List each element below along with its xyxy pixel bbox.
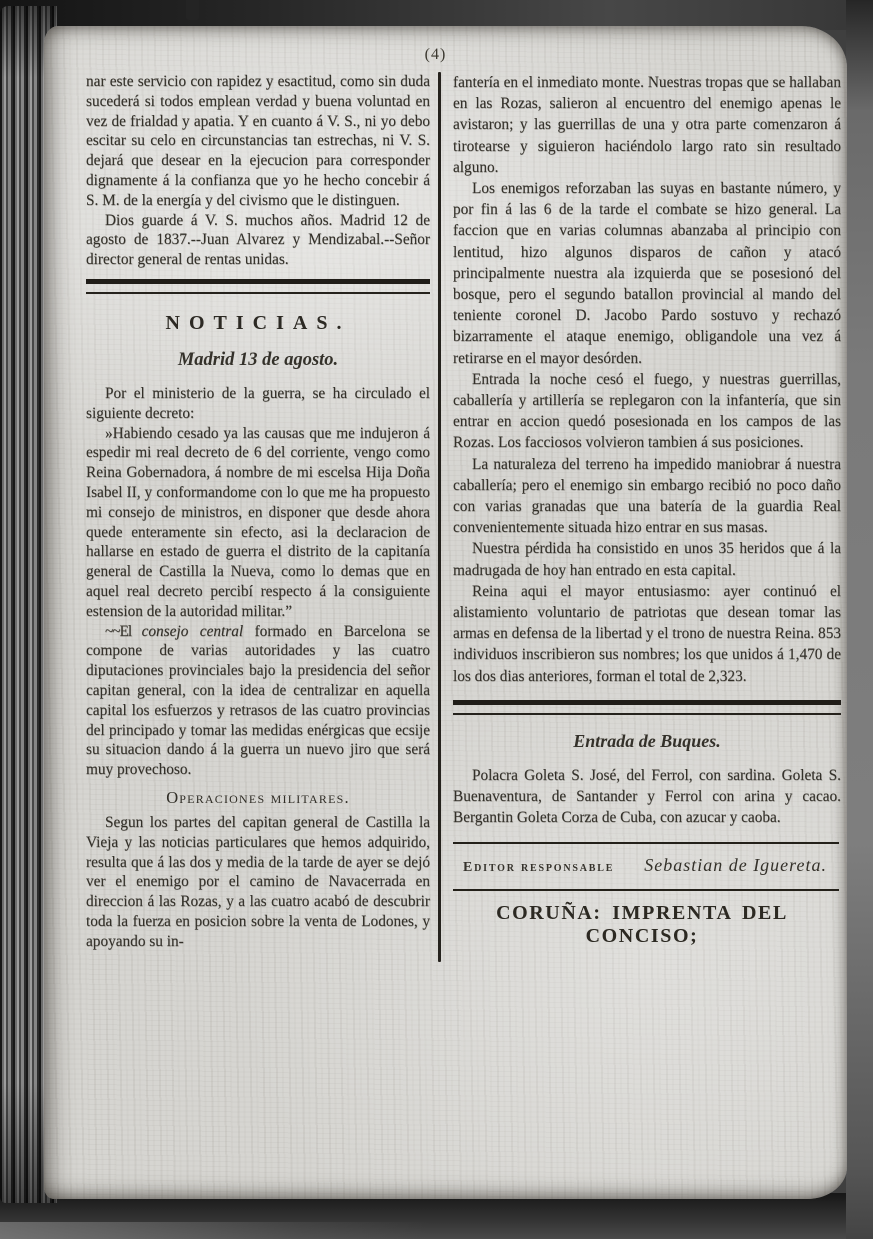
binding-mark xyxy=(186,0,199,20)
consejo-central-rest: formado en Barcelona se compone de varia… xyxy=(86,623,430,779)
left-column: nar este servicio con rapidez y esactitu… xyxy=(86,72,430,962)
editor-name: Sebastian de Iguereta. xyxy=(644,855,827,876)
section-rule-double xyxy=(86,279,430,294)
consejo-central-italic: consejo central xyxy=(142,623,244,640)
paragraph-enthusiasm: Reina aqui el mayor entusiasmo: ayer con… xyxy=(453,581,841,687)
paragraph-infantry-continuation: fantería en el inmediato monte. Nuestras… xyxy=(453,72,841,178)
newspaper-page: (4) nar este servicio con rapidez y esac… xyxy=(44,26,847,1199)
paragraph-decree-intro: Por el ministerio de la guerra, se ha ci… xyxy=(86,384,430,424)
paragraph-nightfall: Entrada la noche cesó el fuego, y nuestr… xyxy=(453,369,841,454)
paragraph-terrain: La naturaleza del terreno ha impedido ma… xyxy=(453,454,841,539)
scanned-book-photo: (4) nar este servicio con rapidez y esac… xyxy=(0,0,873,1239)
editor-credit-line: Editor responsable Sebastian de Iguereta… xyxy=(453,855,841,876)
lead-squiggle-mark: ~~El xyxy=(105,623,142,640)
paragraph-consejo-central: ~~El consejo central formado en Barcelon… xyxy=(86,622,430,780)
paragraph-combat-general: Los enemigos reforzaban las suyas en bas… xyxy=(453,178,841,369)
printer-imprint-line: CORUÑA: IMPRENTA DEL CONCISO; xyxy=(443,902,841,948)
two-column-layout: nar este servicio con rapidez y esactitu… xyxy=(86,72,841,962)
book-cover-right-edge xyxy=(846,0,873,1239)
noticias-heading: NOTICIAS. xyxy=(86,312,430,335)
table-surface-highlight xyxy=(0,1222,430,1239)
paragraph-military-operations: Segun los partes del capitan general de … xyxy=(86,813,430,952)
page-number: (4) xyxy=(58,46,813,64)
paragraph-casualties: Nuestra pérdida ha consistido en unos 35… xyxy=(453,538,841,580)
section-rule-double-right xyxy=(453,700,841,715)
ship-arrivals-heading: Entrada de Buques. xyxy=(453,731,841,752)
editor-rule-bottom xyxy=(453,889,839,891)
paragraph-service-letter: nar este servicio con rapidez y esactitu… xyxy=(86,72,430,211)
right-column: fantería en el inmediato monte. Nuestras… xyxy=(441,72,841,962)
paragraph-ship-arrivals: Polacra Goleta S. José, del Ferrol, con … xyxy=(453,765,841,829)
editor-label: Editor responsable xyxy=(463,860,614,876)
paragraph-royal-decree: »Habiendo cesado ya las causas que me in… xyxy=(86,424,430,622)
dateline-madrid: Madrid 13 de agosto. xyxy=(86,350,430,371)
paragraph-letter-signoff: Dios guarde á V. S. muchos años. Madrid … xyxy=(86,211,430,270)
military-operations-heading: Operaciones militares. xyxy=(86,788,430,808)
editor-rule-top xyxy=(453,842,839,844)
